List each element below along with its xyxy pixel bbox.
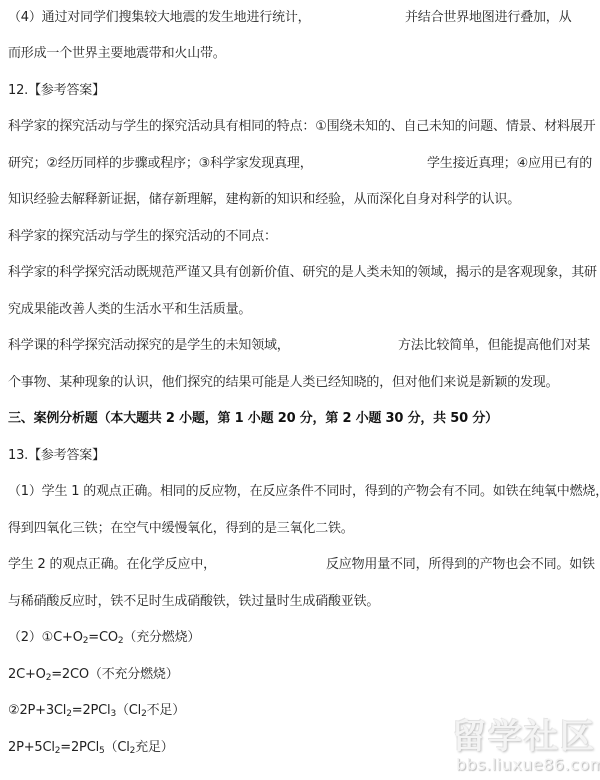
text-segment: 而形成一个世界主要地震带和火山带。 bbox=[8, 44, 226, 64]
answer-heading-12: 12.【参考答案】 bbox=[8, 81, 592, 101]
text-segment: 科学家的探究活动与学生的探究活动具有相同的特点：①围绕未知的、自己未知的问题、情… bbox=[8, 117, 595, 137]
watermark-url: bbs.liuxue86.com bbox=[456, 756, 600, 774]
equation-line: 2C+O2=2CO（不充分燃烧） bbox=[8, 665, 592, 685]
document-page: （4）通过对同学们搜集较大地震的发生地进行统计， 并结合世界地图进行叠加，从 而… bbox=[0, 0, 600, 780]
text-line: 科学家的探究活动与学生的探究活动具有相同的特点：①围绕未知的、自己未知的问题、情… bbox=[8, 117, 592, 137]
text-segment: 12.【参考答案】 bbox=[8, 81, 105, 101]
text-segment: 学生 2 的观点正确。在化学反应中， bbox=[8, 555, 216, 575]
text-line: 研究；②经历同样的步骤或程序；③科学家发现真理， 学生接近真理；④应用已有的 bbox=[8, 154, 592, 174]
text-line: 科学课的科学探究活动探究的是学生的未知领域， 方法比较简单，但能提高他们对某 bbox=[8, 336, 592, 356]
text-segment: 科学课的科学探究活动探究的是学生的未知领域， bbox=[8, 336, 290, 356]
text-segment: （1）学生 1 的观点正确。相同的反应物，在反应条件不同时，得到的产物会有不同。… bbox=[8, 482, 600, 502]
text-line: 学生 2 的观点正确。在化学反应中， 反应物用量不同，所得到的产物也会不同。如铁 bbox=[8, 555, 592, 575]
equation: 2C+O2=2CO（不充分燃烧） bbox=[8, 665, 179, 685]
watermark-title: 留学社区 bbox=[452, 718, 596, 756]
text-segment: 三、案例分析题（本大题共 2 小题，第 1 小题 20 分，第 2 小题 30 … bbox=[8, 409, 498, 429]
answer-heading-13: 13.【参考答案】 bbox=[8, 446, 592, 466]
text-line: 知识经验去解释新证据，储存新理解，建构新的知识和经验，从而深化自身对科学的认识。 bbox=[8, 190, 592, 210]
watermark-logo: 留学社区 bbs.liuxue86.com bbox=[448, 718, 598, 778]
text-line-q11-4: （4）通过对同学们搜集较大地震的发生地进行统计， 并结合世界地图进行叠加，从 bbox=[8, 8, 592, 28]
text-segment: 与稀硝酸反应时，铁不足时生成硝酸铁，铁过量时生成硝酸亚铁。 bbox=[8, 592, 379, 612]
equation: （2）①C+O2=CO2（充分燃烧） bbox=[8, 628, 200, 648]
text-segment: 学生接近真理；④应用已有的 bbox=[427, 154, 592, 174]
text-segment: （4）通过对同学们搜集较大地震的发生地进行统计， bbox=[8, 8, 310, 28]
text-segment: 并结合世界地图进行叠加，从 bbox=[405, 8, 571, 28]
text-segment: 方法比较简单，但能提高他们对某 bbox=[398, 336, 590, 356]
text-line: 得到四氧化三铁；在空气中缓慢氧化，得到的是三氧化二铁。 bbox=[8, 519, 592, 539]
text-segment: 13.【参考答案】 bbox=[8, 446, 105, 466]
text-line: 而形成一个世界主要地震带和火山带。 bbox=[8, 44, 592, 64]
text-line: 与稀硝酸反应时，铁不足时生成硝酸铁，铁过量时生成硝酸亚铁。 bbox=[8, 592, 592, 612]
equation-line: （2）①C+O2=CO2（充分燃烧） bbox=[8, 628, 592, 648]
equation: ②2P+3Cl2=2PCl3（Cl2不足） bbox=[8, 701, 185, 721]
text-segment: 得到四氧化三铁；在空气中缓慢氧化，得到的是三氧化二铁。 bbox=[8, 519, 354, 539]
text-line: 科学家的探究活动与学生的探究活动的不同点： bbox=[8, 227, 592, 247]
text-line: 究成果能改善人类的生活水平和生活质量。 bbox=[8, 300, 592, 320]
text-segment: 知识经验去解释新证据，储存新理解，建构新的知识和经验，从而深化自身对科学的认识。 bbox=[8, 190, 520, 210]
text-segment: 科学家的科学探究活动既规范严谨又具有创新价值、研究的是人类未知的领域，揭示的是客… bbox=[8, 263, 597, 283]
equation: 2P+5Cl2=2PCl5（Cl2充足） bbox=[8, 738, 174, 758]
text-line: 科学家的科学探究活动既规范严谨又具有创新价值、研究的是人类未知的领域，揭示的是客… bbox=[8, 263, 592, 283]
text-segment: 究成果能改善人类的生活水平和生活质量。 bbox=[8, 300, 251, 320]
section-heading: 三、案例分析题（本大题共 2 小题，第 1 小题 20 分，第 2 小题 30 … bbox=[8, 409, 592, 429]
text-segment: 反应物用量不同，所得到的产物也会不同。如铁 bbox=[326, 555, 595, 575]
text-segment: 个事物、某种现象的认识，他们探究的结果可能是人类已经知晓的，但对他们来说是新颖的… bbox=[8, 373, 558, 393]
text-segment: 研究；②经历同样的步骤或程序；③科学家发现真理， bbox=[8, 154, 313, 174]
text-line: （1）学生 1 的观点正确。相同的反应物，在反应条件不同时，得到的产物会有不同。… bbox=[8, 482, 592, 502]
text-line: 个事物、某种现象的认识，他们探究的结果可能是人类已经知晓的，但对他们来说是新颖的… bbox=[8, 373, 592, 393]
text-segment: 科学家的探究活动与学生的探究活动的不同点： bbox=[8, 227, 277, 247]
